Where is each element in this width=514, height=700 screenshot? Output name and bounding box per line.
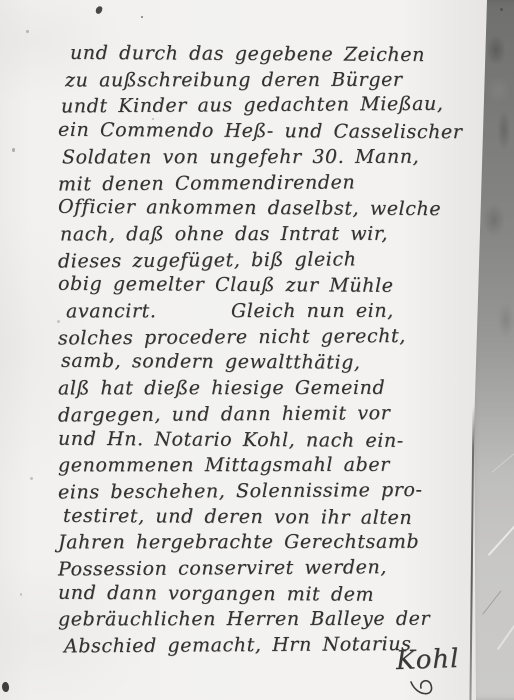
manuscript-line: nach, daß ohne das Intrat wir, xyxy=(58,222,464,248)
manuscript-line: Jahren hergebrachte Gerechtsamb xyxy=(58,530,464,556)
manuscript-line: Possession conserviret werden, xyxy=(58,555,464,584)
manuscript-line: Officier ankommen daselbst, welche xyxy=(58,195,464,223)
manuscript-line: eins beschehen, Solennissime pro- xyxy=(58,478,464,507)
page-edge-line xyxy=(469,406,474,700)
manuscript-scan-page: und durch das gegebene Zeichenzu außschr… xyxy=(0,0,514,700)
ink-speck xyxy=(152,118,154,120)
ink-speck xyxy=(141,16,143,18)
manuscript-line: und Hn. Notario Kohl, nach ein- xyxy=(58,426,464,454)
scan-edge-shadow-band xyxy=(466,0,514,700)
manuscript-line: dieses zugefüget, biß gleich xyxy=(58,246,464,275)
handwritten-text-block: und durch das gegebene Zeichenzu außschr… xyxy=(58,42,464,667)
manuscript-line: und dann vorgangen mit dem xyxy=(58,581,464,609)
manuscript-line: solches procedere nicht gerecht, xyxy=(58,323,464,352)
ink-speck xyxy=(26,30,29,33)
ink-speck xyxy=(500,8,503,11)
ink-speck xyxy=(20,593,22,596)
manuscript-line: alß hat dieße hiesige Gemeind xyxy=(58,376,464,402)
manuscript-line: undt Kinder aus gedachten Mießau, xyxy=(58,92,464,121)
manuscript-line: obig gemelter Clauß zur Mühle xyxy=(58,272,464,300)
manuscript-line: avancirt. Gleich nun ein, xyxy=(58,299,464,325)
manuscript-line: zu außschreibung deren Bürger xyxy=(58,67,464,93)
ink-speck xyxy=(12,148,15,152)
ink-speck xyxy=(95,5,104,15)
manuscript-line: mit denen Commendirenden xyxy=(58,169,464,198)
manuscript-line: dargegen, und dann hiemit vor xyxy=(58,400,464,429)
manuscript-line: ein Commendo Heß- und Casselischer xyxy=(58,118,464,146)
manuscript-line: Soldaten von ungefehr 30. Mann, xyxy=(58,144,464,170)
ink-speck xyxy=(57,320,60,323)
manuscript-line: und durch das gegebene Zeichen xyxy=(58,41,464,69)
manuscript-line: genommenen Mittagsmahl aber xyxy=(58,453,464,479)
ink-speck xyxy=(30,477,33,480)
signature-flourish xyxy=(408,679,450,699)
manuscript-line: gebräuchlichen Herren Balleye der xyxy=(58,607,464,633)
manuscript-line: samb, sondern gewaltthätig, xyxy=(58,349,464,377)
manuscript-line: testiret, und deren von ihr alten xyxy=(58,503,464,531)
signature-kohl: Kohl xyxy=(395,644,459,676)
ink-speck xyxy=(1,681,10,692)
